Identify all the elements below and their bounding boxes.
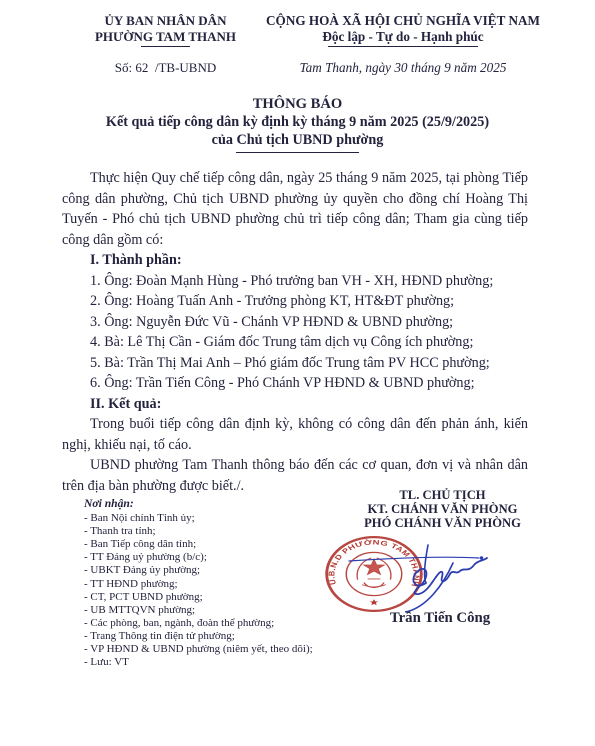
national-motto-block: CỘNG HOÀ XÃ HỘI CHỦ NGHĨA VIỆT NAM Độc l… [262,13,544,76]
recipient-item: - Thanh tra tỉnh; [84,525,313,538]
recipient-item: - VP HĐND & UBND phường (niêm yết, theo … [84,643,313,656]
recipients-block: Nơi nhận: - Ban Nội chính Tỉnh ủy; - Tha… [84,497,313,669]
attendee-item: 6. Ông: Trần Tiến Công - Phó Chánh VP HĐ… [62,373,528,394]
recipient-item: - Ban Nội chính Tỉnh ủy; [84,512,313,525]
attendee-item: 1. Ông: Đoàn Mạnh Hùng - Phó trưởng ban … [62,271,528,292]
signature-title-line2: KT. CHÁNH VĂN PHÒNG [330,503,555,517]
document-page: { "doc": { "header_left": { "org_line1":… [0,0,595,746]
attendee-item: 5. Bà: Trần Thị Mai Anh – Phó giám đốc T… [62,353,528,374]
document-subject-line: Kết quả tiếp công dân kỳ định kỳ tháng 9… [0,113,595,131]
attendee-item: 4. Bà: Lê Thị Cần - Giám đốc Trung tâm d… [62,332,528,353]
title-underline [236,152,359,153]
recipient-item: - UBKT Đảng ủy phường; [84,564,313,577]
recipient-item: - CT, PCT UBND phường; [84,591,313,604]
document-issuer-line: của Chủ tịch UBND phường [0,131,595,149]
issuing-authority-block: ỦY BAN NHÂN DÂN PHƯỜNG TAM THANH Số: 62 … [58,13,273,76]
document-title-block: THÔNG BÁO Kết quả tiếp công dân kỳ định … [0,95,595,153]
recipient-item: - TT Đảng uỷ phường (b/c); [84,551,313,564]
document-body: Thực hiện Quy chế tiếp công dân, ngày 25… [62,168,528,496]
org-underline [141,46,190,47]
document-number: Số: 62 /TB-UBND [58,60,273,76]
recipient-item: - TT HĐND phường; [84,578,313,591]
issuing-authority-line2: PHƯỜNG TAM THANH [58,29,273,45]
signer-name: Trần Tiến Công [345,610,535,627]
signature-title-line3: PHÓ CHÁNH VĂN PHÒNG [330,517,555,531]
attendee-item: 2. Ông: Hoàng Tuấn Anh - Trưởng phòng KT… [62,291,528,312]
issuing-authority-line1: ỦY BAN NHÂN DÂN [58,13,273,29]
national-motto: Độc lập - Tự do - Hạnh phúc [262,29,544,45]
recipient-item: - UB MTTQVN phường; [84,604,313,617]
attendee-item: 3. Ông: Nguyễn Đức Vũ - Chánh VP HĐND & … [62,312,528,333]
document-type-title: THÔNG BÁO [0,95,595,113]
recipient-item: - Lưu: VT [84,656,313,669]
recipients-heading: Nơi nhận: [84,497,313,510]
motto-underline [328,46,478,47]
national-title: CỘNG HOÀ XÃ HỘI CHỦ NGHĨA VIỆT NAM [262,13,544,29]
recipient-item: - Các phòng, ban, ngành, đoàn thể phường… [84,617,313,630]
signature-title-block: TL. CHỦ TỊCH KT. CHÁNH VĂN PHÒNG PHÓ CHÁ… [330,489,555,530]
recipient-item: - Ban Tiếp công dân tỉnh; [84,538,313,551]
section-2-heading: II. Kết quả: [62,394,528,415]
result-paragraph: Trong buổi tiếp công dân định kỳ, không … [62,414,528,455]
place-dateline: Tam Thanh, ngày 30 tháng 9 năm 2025 [262,60,544,76]
recipient-item: - Trang Thông tin điện tử phường; [84,630,313,643]
signature-title-line1: TL. CHỦ TỊCH [330,489,555,503]
section-1-heading: I. Thành phần: [62,250,528,271]
opening-paragraph: Thực hiện Quy chế tiếp công dân, ngày 25… [62,168,528,250]
